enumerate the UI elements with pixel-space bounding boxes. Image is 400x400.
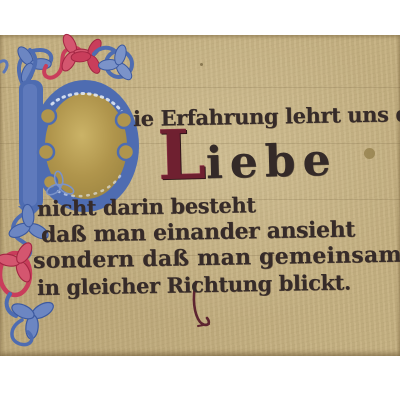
quote-word-liebe: Liebe <box>157 122 338 188</box>
scanned-artwork: D ie Erfahrung lehrt uns daß Liebe nicht… <box>0 0 400 400</box>
liebe-rest: iebe <box>205 135 338 189</box>
top-vine-ornament <box>0 26 145 91</box>
ornate-L-initial: L <box>157 115 207 196</box>
quote-line-3: nicht darin besteht <box>37 192 256 221</box>
